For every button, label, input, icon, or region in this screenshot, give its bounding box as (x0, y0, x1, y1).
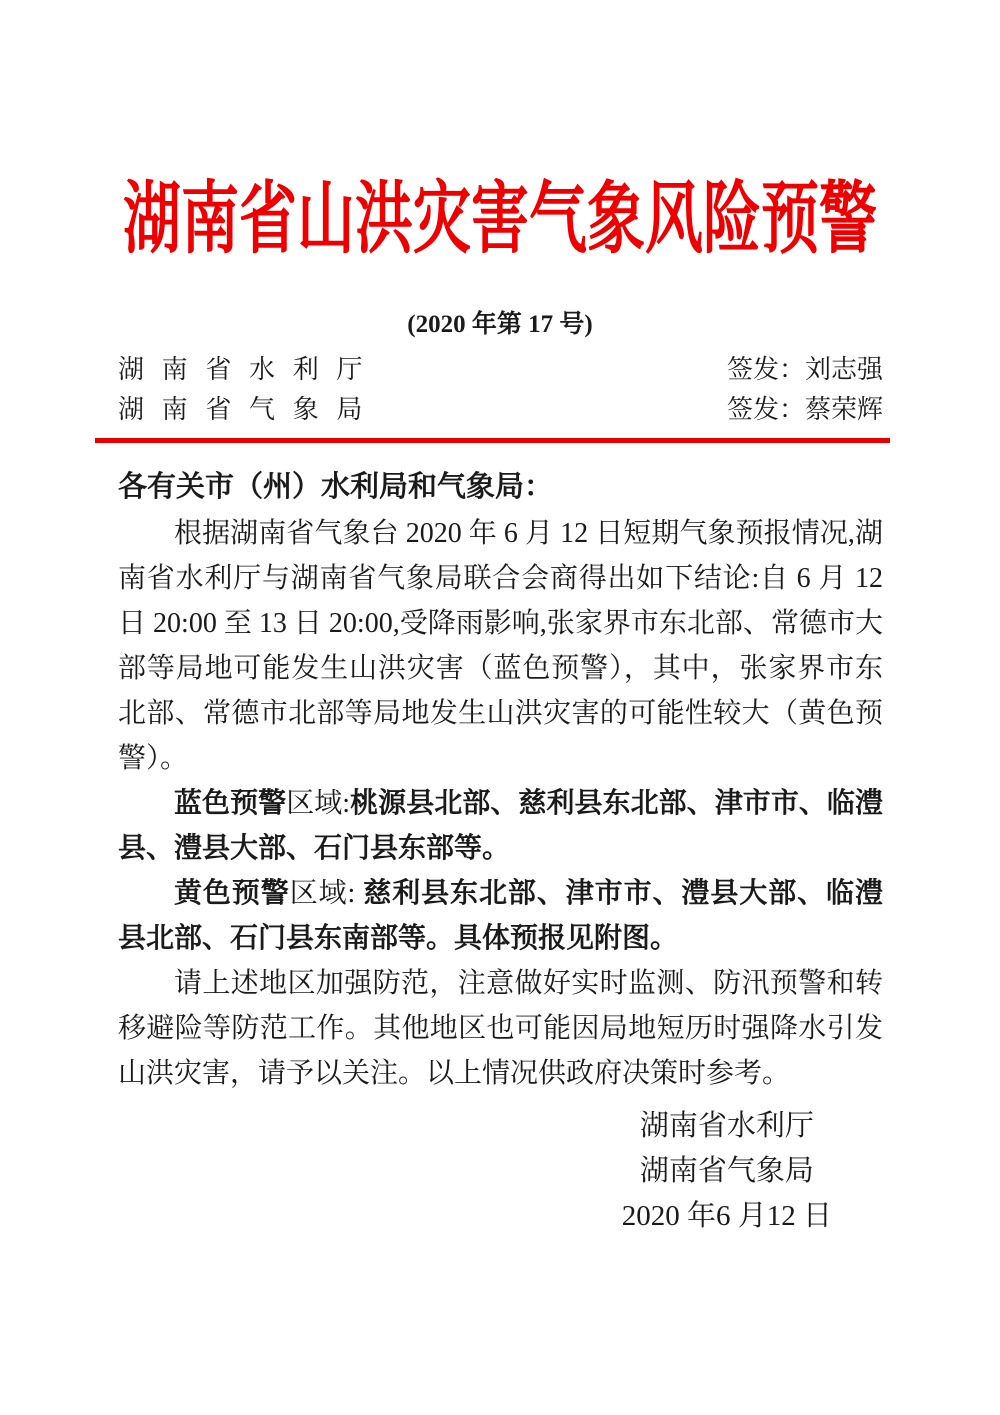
body-text: 区域: (286, 788, 350, 819)
issuer-row-meteo: 湖南省气象局 签发：蔡荣辉 (118, 390, 883, 430)
signer-name-caironghui: 蔡荣辉 (805, 395, 883, 424)
body-text: 根据湖南省气象台 2020 年 6 月 12 日短期气象预报情况,湖南省水利厅与… (118, 518, 883, 774)
signature-org-meteo: 湖南省气象局 (622, 1149, 832, 1194)
signature-org-water: 湖南省水利厅 (622, 1104, 832, 1149)
body-text: 请上述地区加强防范，注意做好实时监测、防汛预警和转移避险等防范工作。其他地区也可… (118, 968, 883, 1089)
body-paragraph: 蓝色预警区域:桃源县北部、慈利县东北部、津市市、临澧县、澧县大部、石门县东部等。 (118, 781, 883, 871)
document-body: 各有关市（州）水利局和气象局： 根据湖南省气象台 2020 年 6 月 12 日… (118, 463, 883, 1096)
warning-emphasis-text: 蓝色预警 (174, 788, 286, 819)
body-paragraphs: 根据湖南省气象台 2020 年 6 月 12 日短期气象预报情况,湖南省水利厅与… (118, 511, 883, 1096)
signer-meteo: 签发：蔡荣辉 (727, 390, 883, 430)
salutation-line: 各有关市（州）水利局和气象局： (118, 463, 883, 511)
signature-block: 湖南省水利厅 湖南省气象局 2020 年6 月12 日 (622, 1104, 832, 1239)
red-separator-rule (95, 438, 890, 443)
document-title: 湖南省山洪灾害气象风险预警 (0, 166, 1000, 274)
issuer-name-meteo-bureau: 湖南省气象局 (118, 390, 380, 430)
signer-label: 签发： (727, 355, 805, 384)
document-number: (2020 年第 17 号) (0, 308, 1000, 342)
issuer-header: 湖南省水利厅 签发：刘志强 湖南省气象局 签发：蔡荣辉 (118, 350, 883, 430)
issuer-name-water-department: 湖南省水利厅 (118, 350, 380, 390)
signer-label: 签发： (727, 395, 805, 424)
body-paragraph: 根据湖南省气象台 2020 年 6 月 12 日短期气象预报情况,湖南省水利厅与… (118, 511, 883, 781)
warning-emphasis-text: 黄色预警 (174, 878, 290, 909)
signer-water: 签发：刘志强 (727, 350, 883, 390)
signature-date: 2020 年6 月12 日 (622, 1194, 832, 1239)
body-paragraph: 黄色预警区域: 慈利县东北部、津市市、澧县大部、临澧县北部、石门县东南部等。具体… (118, 871, 883, 961)
body-paragraph: 请上述地区加强防范，注意做好实时监测、防汛预警和转移避险等防范工作。其他地区也可… (118, 961, 883, 1096)
issuer-row-water: 湖南省水利厅 签发：刘志强 (118, 350, 883, 390)
signer-name-liuzhiqiang: 刘志强 (805, 355, 883, 384)
body-text: 区域: (290, 878, 364, 909)
document-page: 湖南省山洪灾害气象风险预警 (2020 年第 17 号) 湖南省水利厅 签发：刘… (0, 0, 1000, 1415)
